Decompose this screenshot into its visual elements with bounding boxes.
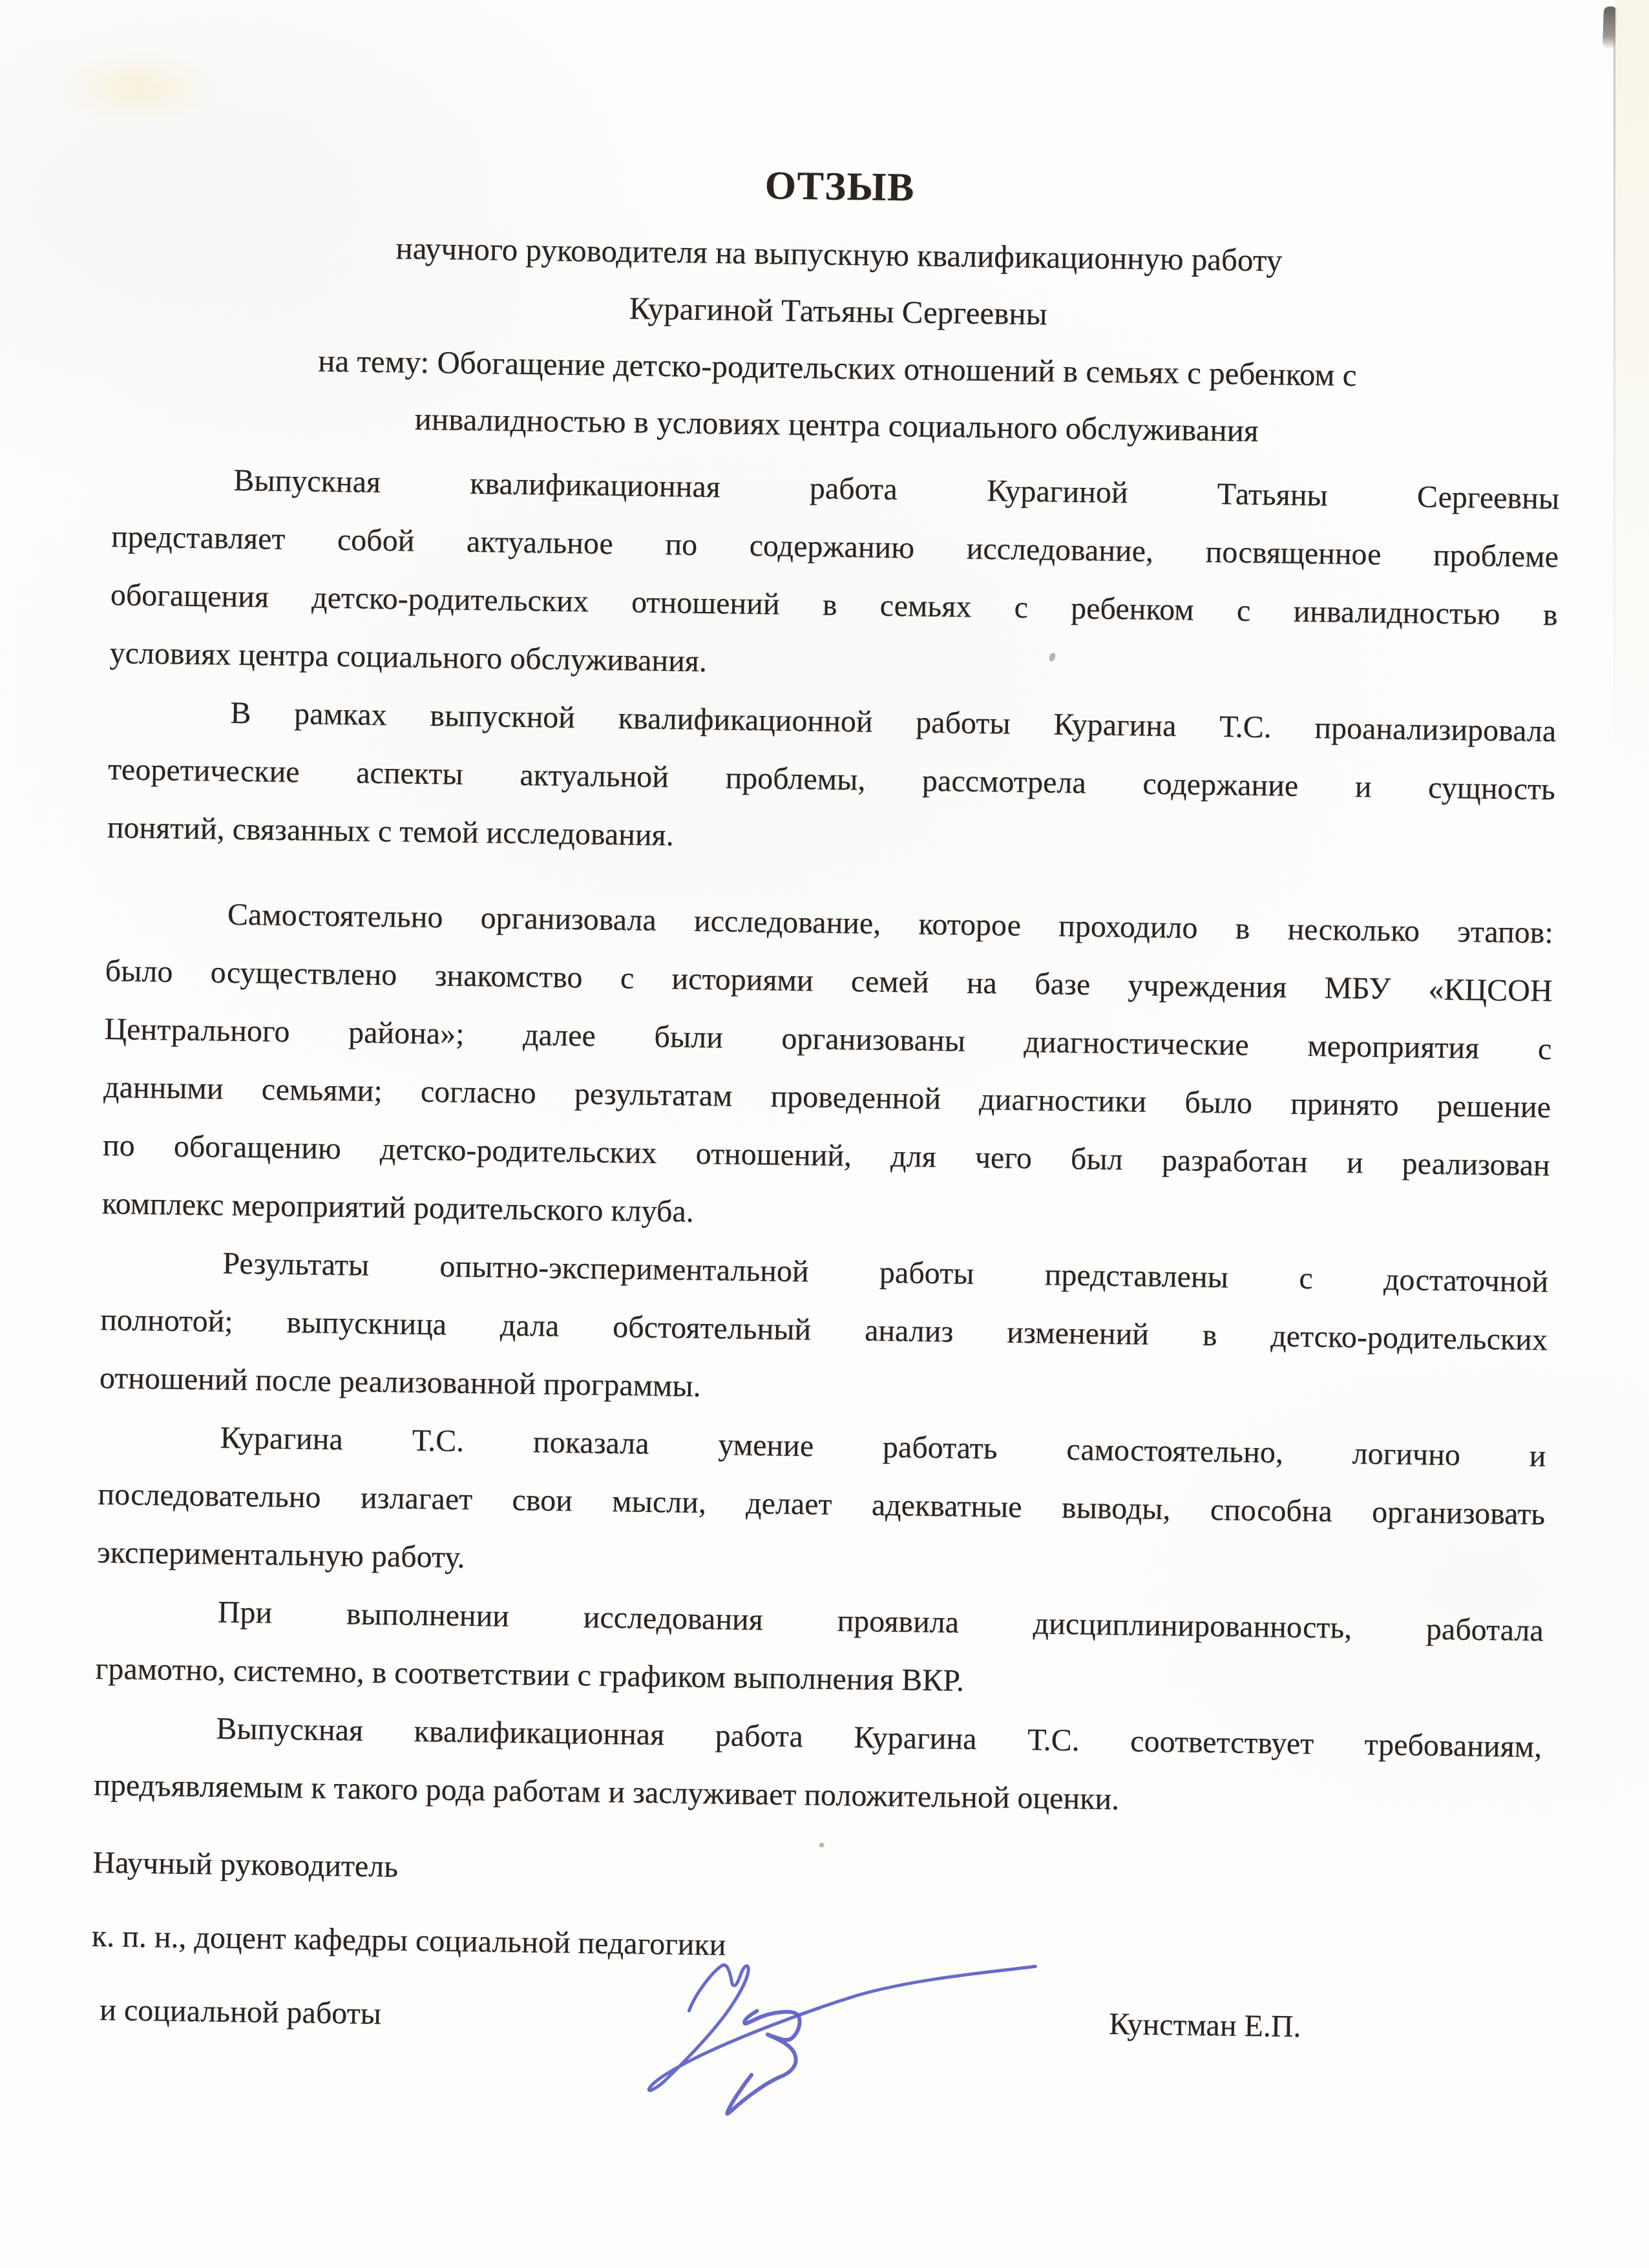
paragraph: Самостоятельно организовала исследование… xyxy=(101,884,1553,1253)
paragraph: В рамках выпускной квалификационной рабо… xyxy=(107,682,1557,877)
scan-speck xyxy=(799,1319,804,1325)
signature-role-line: Научный руководитель xyxy=(92,1834,1540,1912)
signature-role-line: к. п. н., доцент кафедры социальной педа… xyxy=(91,1907,1539,1986)
paragraph: При выполнении исследования проявила дис… xyxy=(95,1582,1544,1718)
scan-edge-line xyxy=(1613,36,1615,779)
scanned-review-page: ОТЗЫВ научного руководителя на выпускную… xyxy=(0,0,1649,2268)
paragraph: Выпускная квалификационная работа Кураги… xyxy=(94,1698,1542,1834)
paragraph: Выпускная квалификационная работа Кураги… xyxy=(109,450,1560,702)
scan-speck xyxy=(819,1843,824,1847)
document-title: ОТЗЫВ xyxy=(116,154,1564,219)
signer-name: Кунстман Е.П. xyxy=(1109,1995,1302,2056)
paragraph: Результаты опытно-экспериментальной рабо… xyxy=(99,1233,1549,1427)
document-body: Выпускная квалификационная работа Кураги… xyxy=(94,450,1560,1834)
signature-block: Научный руководитель к. п. н., доцент ка… xyxy=(90,1834,1540,2059)
document-sheet: ОТЗЫВ научного руководителя на выпускную… xyxy=(0,0,1649,2061)
signature-row: и социальной работы Кунстман Е.П. xyxy=(90,1981,1539,2059)
document-header: научного руководителя на выпускную квали… xyxy=(112,216,1563,463)
scan-edge-strip xyxy=(1615,0,1649,814)
paragraph: Курагина Т.С. показала умение работать с… xyxy=(97,1407,1547,1602)
signature-role-line: и социальной работы xyxy=(90,1993,381,2031)
